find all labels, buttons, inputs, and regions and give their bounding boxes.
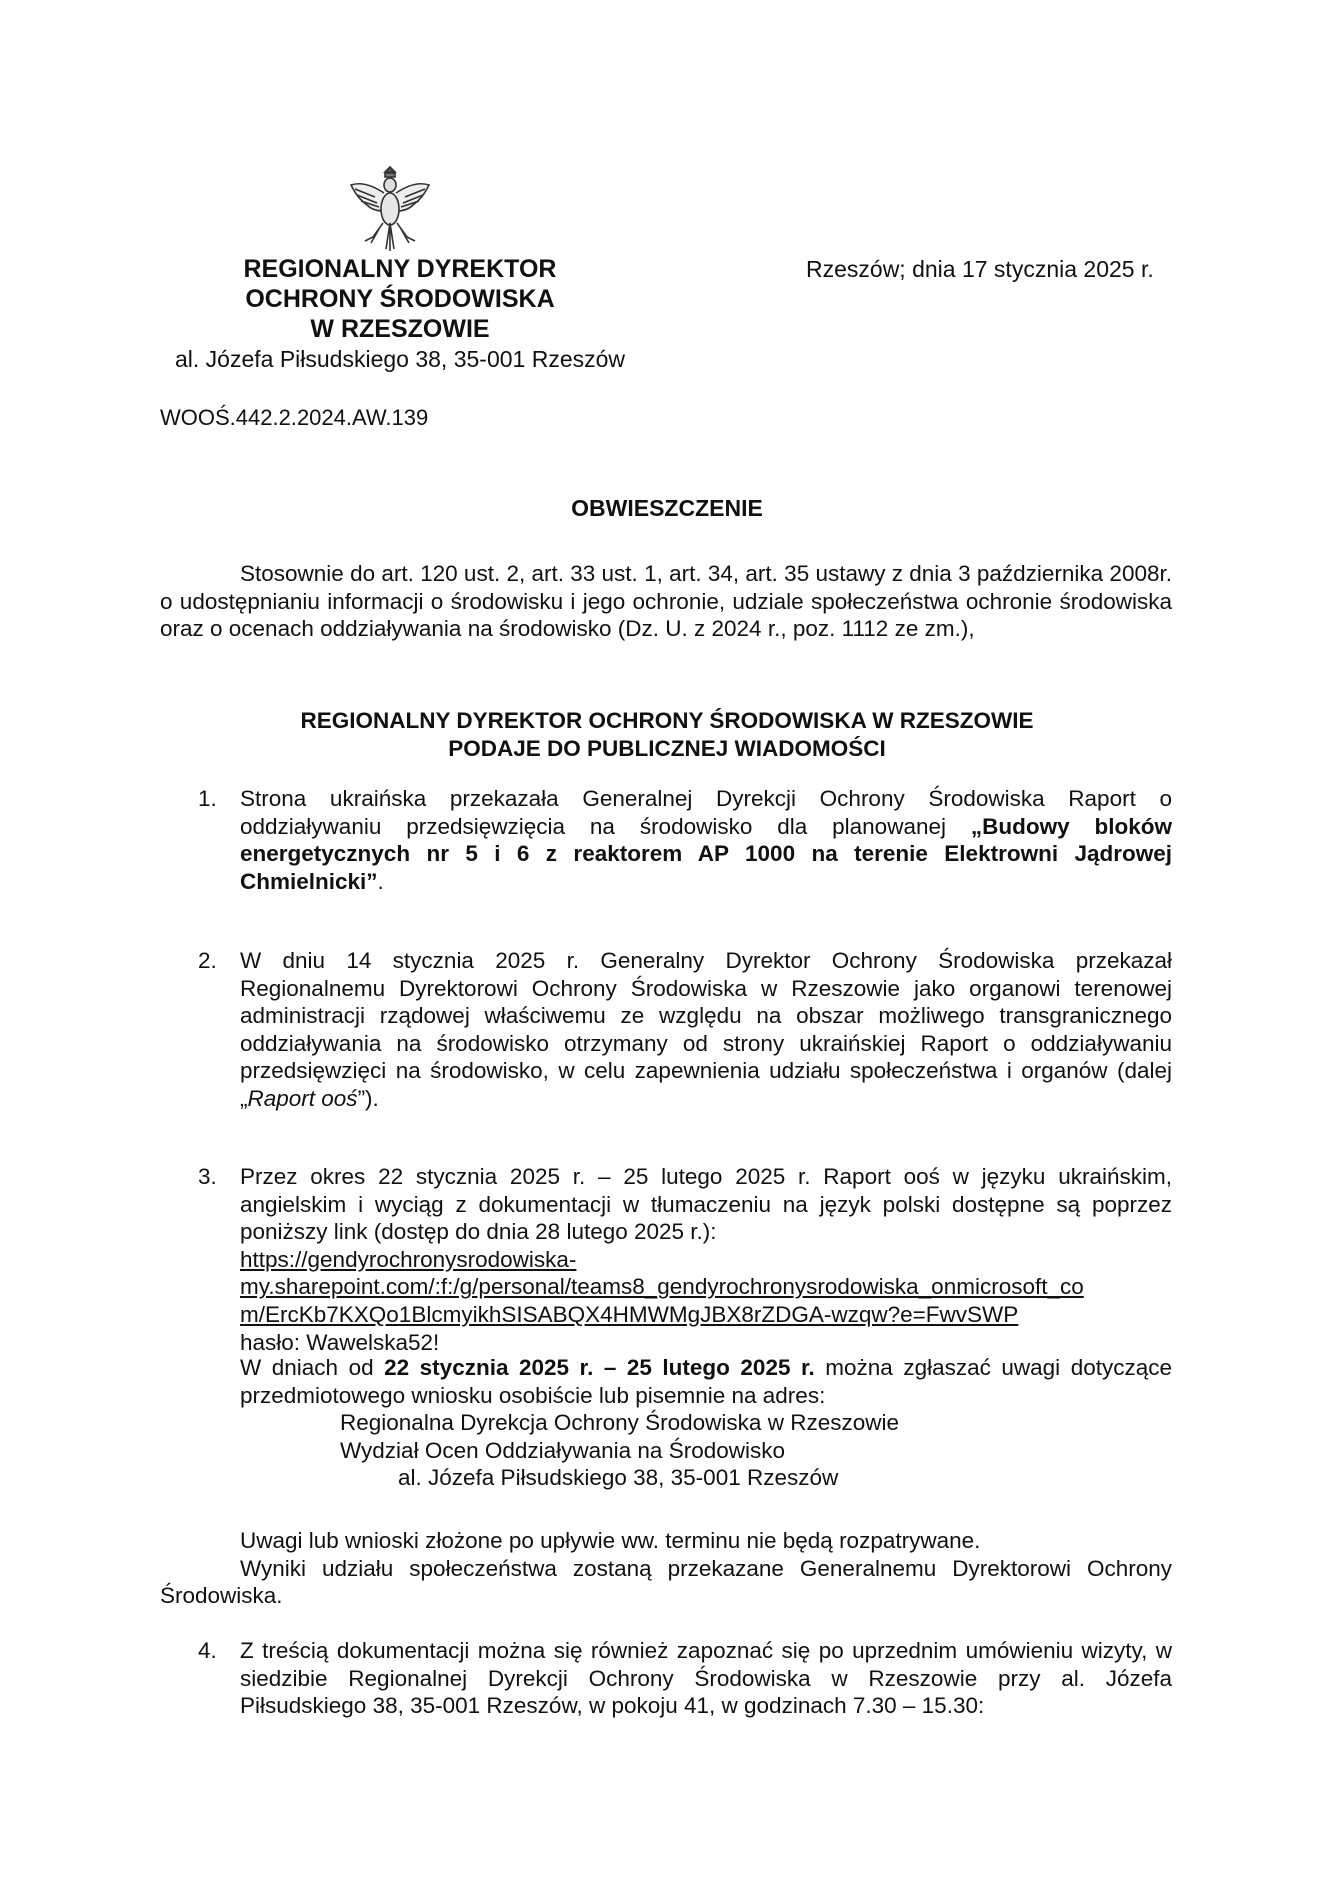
notice-heading: REGIONALNY DYREKTOR OCHRONY ŚRODOWISKA W… bbox=[0, 707, 1334, 763]
document-title: OBWIESZCZENIE bbox=[0, 495, 1334, 522]
legal-basis-paragraph: Stosownie do art. 120 ust. 2, art. 33 us… bbox=[160, 560, 1172, 643]
address-line: Wydział Ocen Oddziaływania na Środowisko bbox=[240, 1437, 1172, 1465]
submission-period: 22 stycznia 2025 r. – 25 lutego 2025 r. bbox=[384, 1355, 815, 1380]
address-line: Regionalna Dyrekcja Ochrony Środowiska w… bbox=[240, 1409, 1172, 1437]
item-text: ”). bbox=[358, 1086, 379, 1111]
notice-heading-line: PODAJE DO PUBLICZNEJ WIADOMOŚCI bbox=[0, 735, 1334, 763]
list-item-number: 2. bbox=[198, 947, 217, 975]
list-item: 3. Przez okres 22 stycznia 2025 r. – 25 … bbox=[160, 1163, 1172, 1356]
authority-line: REGIONALNY DYREKTOR bbox=[160, 254, 640, 284]
item-text: Przez okres 22 stycznia 2025 r. – 25 lut… bbox=[240, 1163, 1172, 1246]
document-link[interactable]: https://gendyrochronysrodowiska- my.shar… bbox=[240, 1246, 1172, 1329]
authority-header: REGIONALNY DYREKTOR OCHRONY ŚRODOWISKA W… bbox=[160, 254, 640, 374]
list-item-number: 1. bbox=[198, 785, 217, 813]
list-item-text: Z treścią dokumentacji można się również… bbox=[240, 1637, 1172, 1720]
link-password: hasło: Wawelska52! bbox=[240, 1329, 1172, 1357]
closing-text: Uwagi lub wnioski złożone po upływie ww.… bbox=[160, 1527, 1172, 1555]
authority-line: W RZESZOWIE bbox=[160, 314, 640, 344]
list-item-number: 4. bbox=[198, 1637, 217, 1665]
list-item-text: W dniu 14 stycznia 2025 r. Generalny Dyr… bbox=[240, 947, 1172, 1113]
link-line[interactable]: my.sharepoint.com/:f:/g/personal/teams8_… bbox=[240, 1273, 1172, 1301]
authority-line: OCHRONY ŚRODOWISKA bbox=[160, 284, 640, 314]
submission-prefix: W dniach od bbox=[240, 1355, 384, 1380]
submission-info: W dniach od 22 stycznia 2025 r. – 25 lut… bbox=[240, 1354, 1172, 1492]
reference-number: WOOŚ.442.2.2024.AW.139 bbox=[160, 405, 428, 431]
list-item-text: Przez okres 22 stycznia 2025 r. – 25 lut… bbox=[240, 1163, 1172, 1356]
legal-basis-text: Stosownie do art. 120 ust. 2, art. 33 us… bbox=[160, 560, 1172, 643]
place-date: Rzeszów; dnia 17 stycznia 2025 r. bbox=[806, 256, 1154, 283]
closing-text: Wyniki udziału społeczeństwa zostaną prz… bbox=[160, 1555, 1172, 1610]
list-item: 1. Strona ukraińska przekazała Generalne… bbox=[160, 785, 1172, 895]
item-text: . bbox=[378, 869, 384, 894]
closing-paragraphs: Uwagi lub wnioski złożone po upływie ww.… bbox=[160, 1527, 1172, 1610]
list-item: 2. W dniu 14 stycznia 2025 r. Generalny … bbox=[160, 947, 1172, 1113]
submission-text: W dniach od 22 stycznia 2025 r. – 25 lut… bbox=[240, 1354, 1172, 1409]
submission-address: Regionalna Dyrekcja Ochrony Środowiska w… bbox=[240, 1409, 1172, 1492]
list-item: 4. Z treścią dokumentacji można się równ… bbox=[160, 1637, 1172, 1720]
list-item-text: Strona ukraińska przekazała Generalnej D… bbox=[240, 785, 1172, 895]
notice-heading-line: REGIONALNY DYREKTOR OCHRONY ŚRODOWISKA W… bbox=[0, 707, 1334, 735]
item-text: W dniu 14 stycznia 2025 r. Generalny Dyr… bbox=[240, 948, 1172, 1111]
address-line: al. Józefa Piłsudskiego 38, 35-001 Rzesz… bbox=[240, 1464, 1172, 1492]
link-line[interactable]: https://gendyrochronysrodowiska- bbox=[240, 1246, 1172, 1274]
list-item-number: 3. bbox=[198, 1163, 217, 1191]
link-line[interactable]: m/ErcKb7KXQo1BlcmyikhSISABQX4HMWMgJBX8rZ… bbox=[240, 1301, 1172, 1329]
report-alias: Raport ooś bbox=[248, 1086, 358, 1111]
authority-address: al. Józefa Piłsudskiego 38, 35-001 Rzesz… bbox=[160, 344, 640, 374]
polish-eagle-emblem-icon bbox=[345, 163, 435, 255]
